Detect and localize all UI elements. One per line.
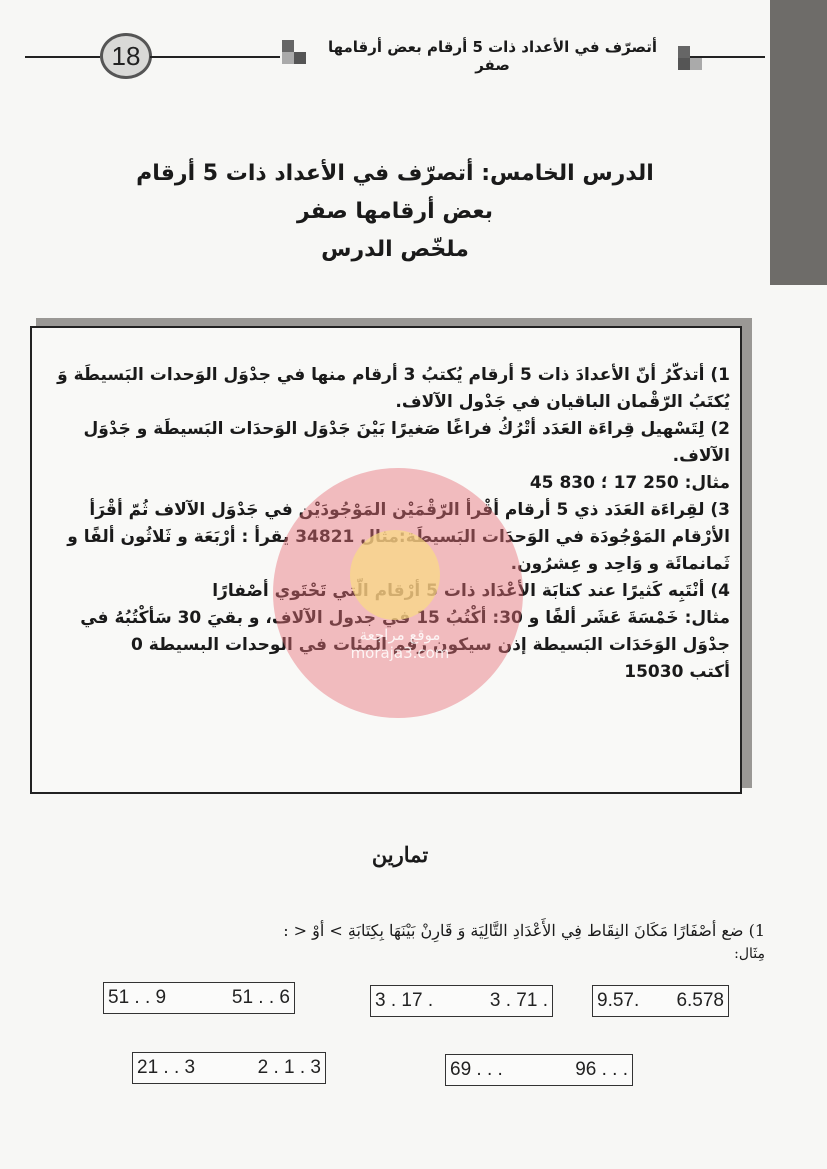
exercises-title: تمارين [300, 842, 500, 867]
header-rule-middle [150, 56, 280, 58]
header-rule-left [25, 56, 100, 58]
compare-box: 21 . . 3 2 . 1 . 3 [132, 1052, 326, 1084]
compare-left: 51 . . 9 [108, 987, 166, 1009]
decor-square-icon [678, 46, 690, 58]
compare-right: 51 . . 6 [232, 987, 290, 1009]
summary-point-4: 4) أنْتَبِه كَثيرًا عند كتابَة الأعْدَاد… [42, 578, 730, 605]
page-number-badge: 18 [100, 33, 152, 79]
compare-box: 51 . . 9 51 . . 6 [103, 982, 295, 1014]
header-rule-right [690, 56, 765, 58]
decor-square-icon [294, 52, 306, 64]
summary-example-2: مثال: 250 17 ؛ 830 45 [42, 470, 730, 497]
summary-point-2: 2) لِتَسْهيل قِراءَة العَدَد أتْرُكُ فرا… [42, 416, 730, 470]
summary-example-4: مثال: خَمْسَةَ عَشَر ألفًا و 30: أكْتُبُ… [42, 605, 730, 659]
compare-right: 6.578 [676, 990, 724, 1012]
compare-left: 9.57. [597, 990, 639, 1012]
decor-square-icon [282, 52, 294, 64]
decor-square-icon [678, 58, 690, 70]
exercise-1-instruction: 1) ضع أصْفَارًا مَكَانَ النِقَاط فِي الأ… [120, 920, 765, 942]
lesson-title-line2: بعض أرقامها صفر [110, 193, 680, 231]
compare-right: 96 . . . [575, 1059, 628, 1081]
compare-left: 69 . . . [450, 1059, 503, 1081]
decor-square-icon [282, 40, 294, 52]
compare-box: 69 . . . 96 . . . [445, 1054, 633, 1086]
example-label: مِثَال: [640, 946, 765, 962]
summary-point-3: 3) لقِراءَة العَدَد ذي 5 أرقام أقْرأ الر… [42, 497, 730, 578]
compare-right: 2 . 1 . 3 [258, 1057, 321, 1079]
compare-box: 3 . 17 . 3 . 71 . [370, 985, 553, 1017]
summary-result: أكتب 15030 [42, 659, 730, 686]
compare-right: 3 . 71 . [490, 990, 548, 1012]
lesson-subtitle: ملخّص الدرس [110, 231, 680, 269]
lesson-title-line1: الدرس الخامس: أتصرّف في الأعداد ذات 5 أر… [110, 155, 680, 193]
compare-box-example: 9.57. 6.578 [592, 985, 729, 1017]
decor-square-icon [690, 58, 702, 70]
summary-point-1: 1) أتذكّرُ أنّ الأعدادَ ذات 5 أرقام يُكت… [42, 362, 730, 416]
lesson-title-block: الدرس الخامس: أتصرّف في الأعداد ذات 5 أر… [110, 155, 680, 269]
compare-left: 3 . 17 . [375, 990, 433, 1012]
summary-box: 1) أتذكّرُ أنّ الأعدادَ ذات 5 أرقام يُكت… [30, 326, 742, 794]
page-edge-strip [770, 0, 827, 285]
running-title: أتصرّف في الأعداد ذات 5 أرقام بعض أرقامه… [310, 38, 675, 74]
compare-left: 21 . . 3 [137, 1057, 195, 1079]
